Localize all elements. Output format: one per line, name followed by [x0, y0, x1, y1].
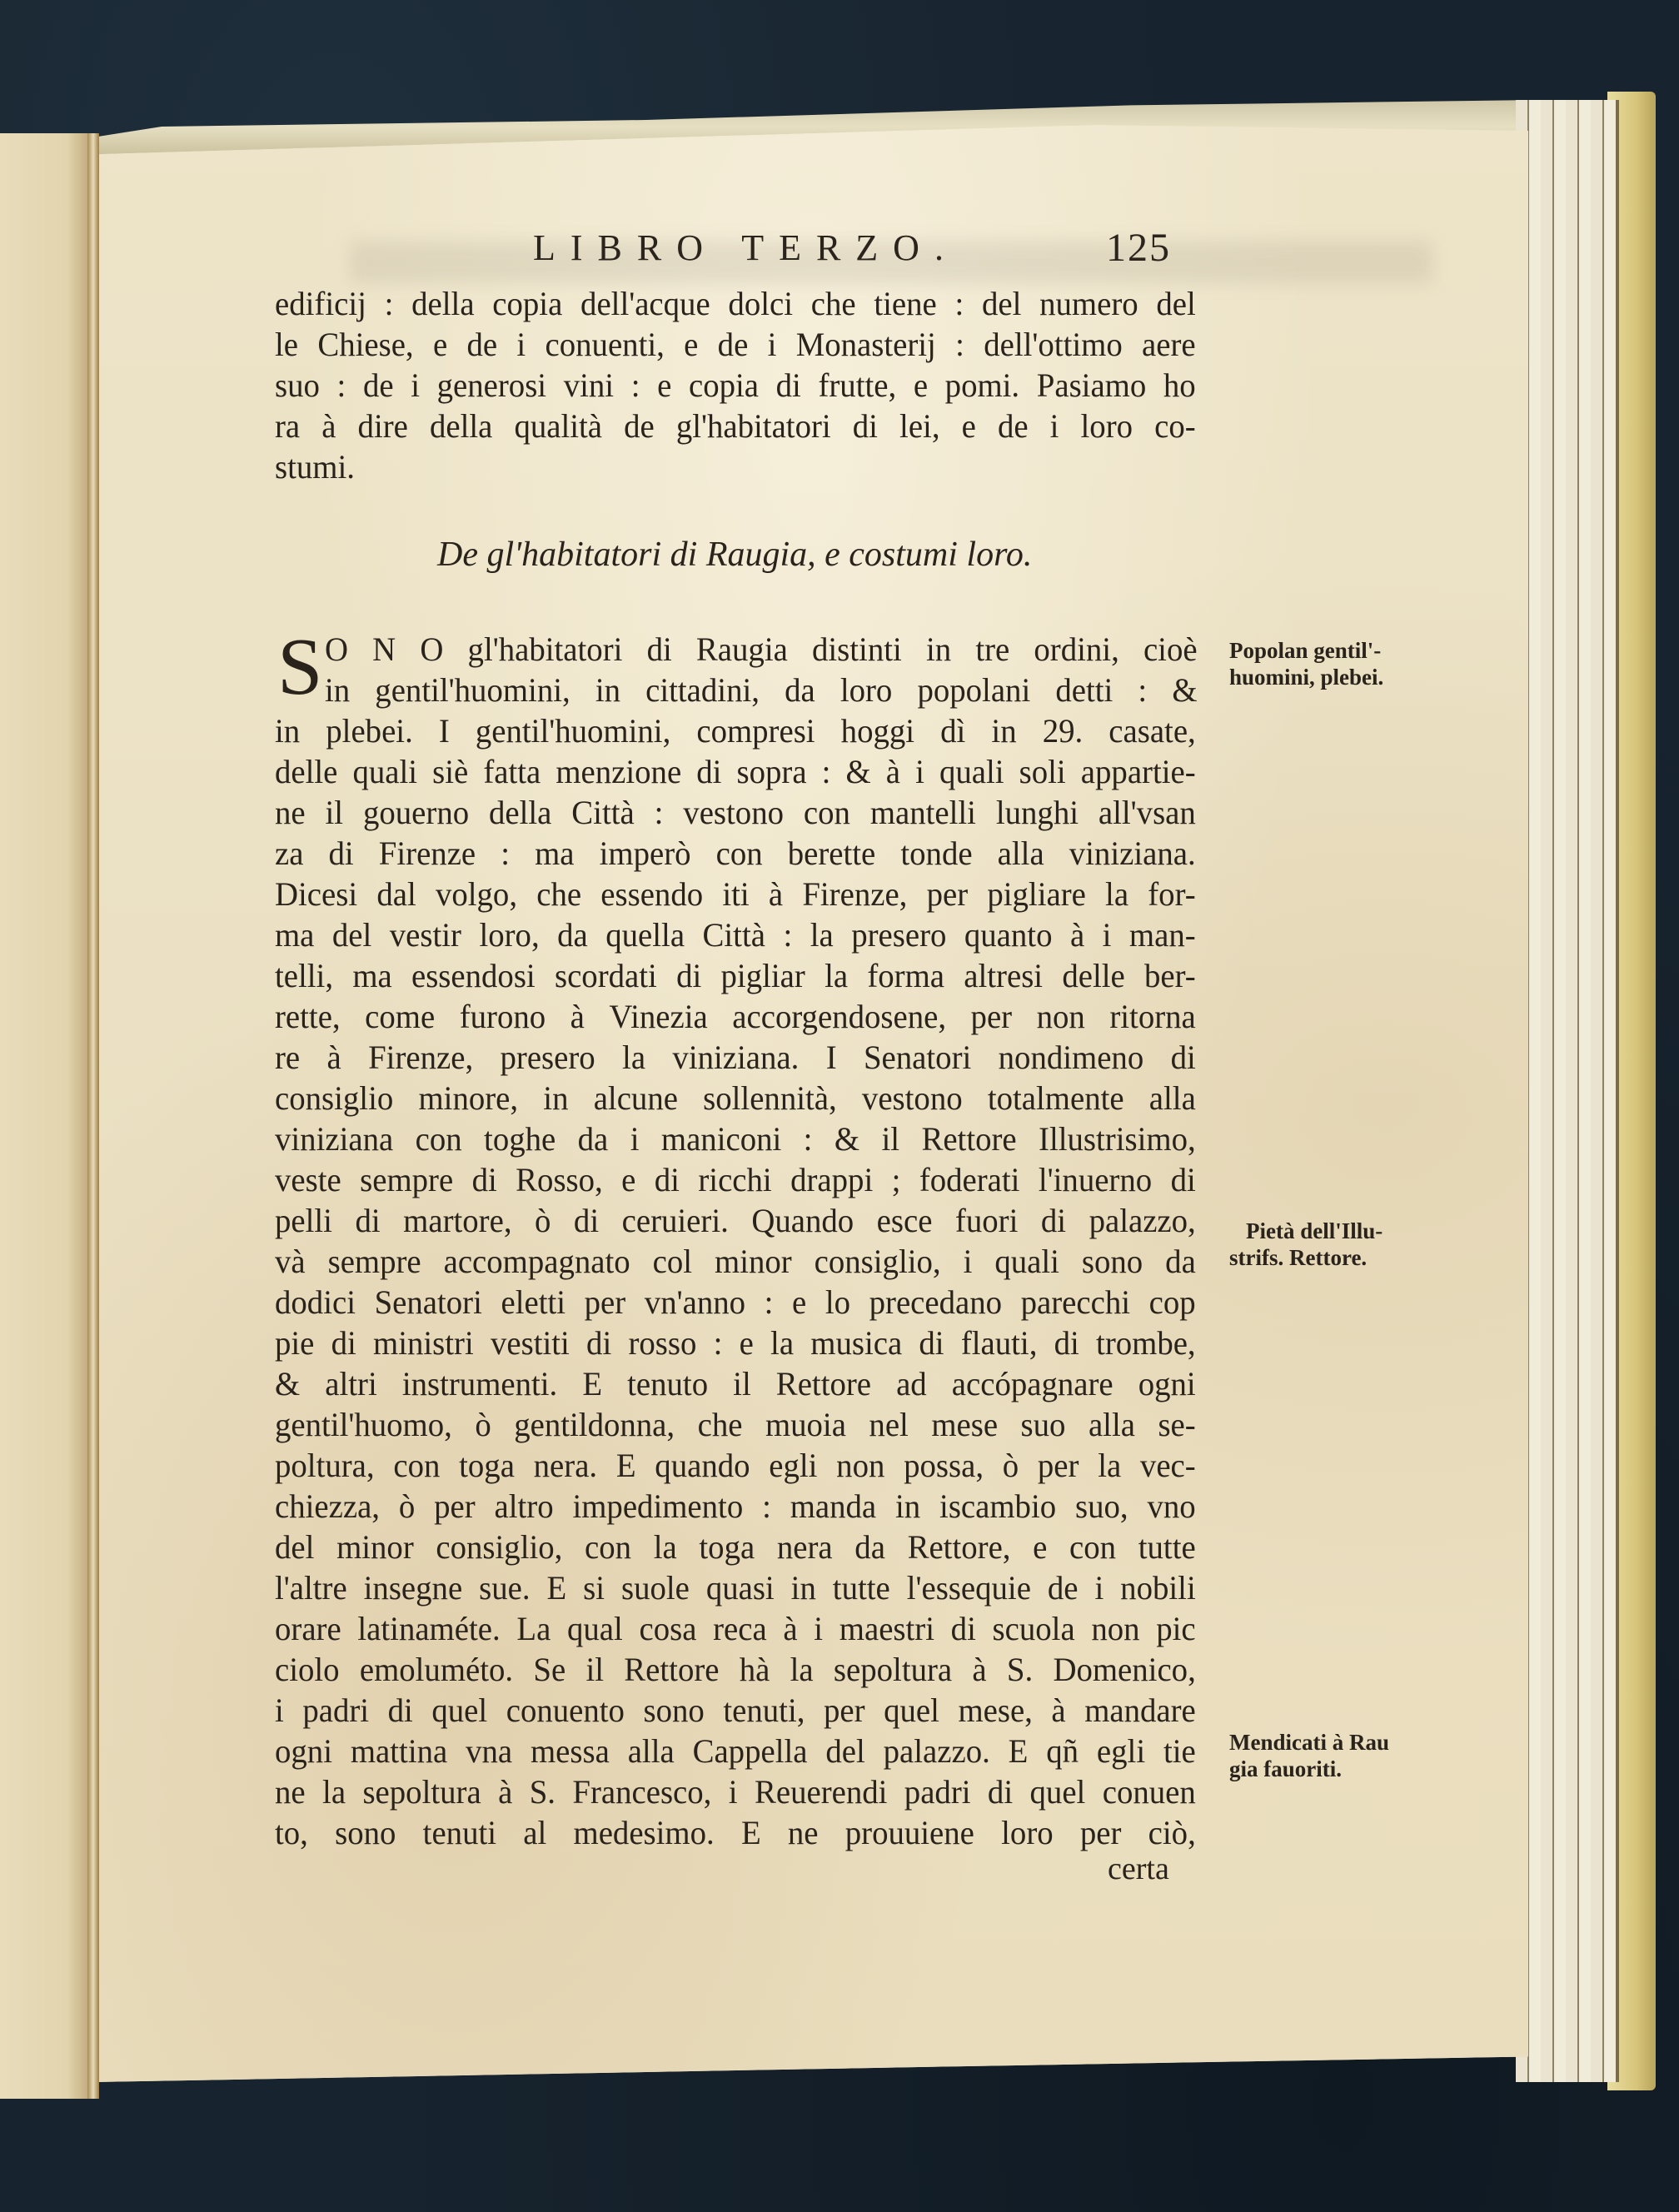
- word: del: [982, 283, 1021, 324]
- word: con: [804, 792, 850, 833]
- word: delle: [1062, 955, 1124, 996]
- word: à: [321, 406, 336, 446]
- word: e: [433, 324, 447, 365]
- word: generosi: [437, 365, 546, 406]
- word: Monasterij: [796, 324, 936, 365]
- word: con: [585, 1527, 631, 1567]
- word: for-: [1148, 874, 1195, 914]
- word: popolani: [917, 670, 1030, 710]
- word: fuori: [955, 1200, 1018, 1241]
- word: N: [372, 629, 396, 670]
- word: conuento: [506, 1690, 625, 1731]
- word: scuola: [993, 1608, 1075, 1649]
- word: de: [466, 324, 497, 365]
- word: ma: [275, 914, 314, 955]
- word: ma: [352, 955, 391, 996]
- word: loro: [1081, 406, 1133, 446]
- word: i: [516, 324, 526, 365]
- word: sempre: [360, 1159, 453, 1200]
- word: i: [915, 751, 924, 792]
- word: totalmente: [988, 1078, 1124, 1118]
- word: quanto: [964, 914, 1053, 955]
- word: rette,: [275, 996, 341, 1037]
- margin-note-mendicants: Mendicati à Rau gia fauoriti.: [1229, 1729, 1389, 1782]
- word: I: [439, 710, 450, 751]
- word: copia: [689, 365, 759, 406]
- gutter-fold: [87, 133, 99, 2099]
- margin-note-social-orders: Popolan gentil'- huomini, plebei.: [1229, 637, 1383, 690]
- word: i: [729, 1771, 738, 1812]
- word: i: [411, 365, 420, 406]
- word: del: [332, 914, 371, 955]
- word: per: [927, 874, 969, 914]
- word: gentil'huomo,: [275, 1404, 452, 1445]
- word: frutte,: [818, 365, 896, 406]
- word: edificij: [275, 283, 366, 324]
- word: di: [329, 833, 354, 874]
- word: gouerno: [363, 792, 469, 833]
- running-head: LIBRO TERZO.: [533, 227, 1166, 276]
- word: la: [322, 1771, 346, 1812]
- word: da: [854, 1527, 885, 1567]
- word: foderati: [919, 1159, 1020, 1200]
- text-line: vinizianacontoghedaimaniconi:&ilRettoreI…: [275, 1118, 1196, 1159]
- word: de: [1048, 1567, 1079, 1608]
- word: i: [1103, 914, 1112, 955]
- text-line: Dicesidalvolgo,cheessendoitiàFirenze,per…: [275, 874, 1196, 914]
- word: O: [325, 629, 348, 670]
- word: sepoltura: [362, 1771, 481, 1812]
- word: qualità: [514, 406, 602, 446]
- word: altresi: [964, 955, 1043, 996]
- word: muoia: [765, 1404, 846, 1445]
- word: siè: [432, 751, 468, 792]
- word: &: [275, 1363, 300, 1404]
- word: :: [337, 365, 346, 406]
- margin-note-rector-piety: Pietà dell'Illu- strifs. Rettore.: [1229, 1218, 1383, 1271]
- word: suo: [1021, 1404, 1066, 1445]
- word: la: [1105, 874, 1128, 914]
- word: sempre: [328, 1241, 421, 1282]
- word: rosso: [628, 1323, 696, 1363]
- word: vna: [466, 1731, 512, 1771]
- word: qñ: [1046, 1731, 1079, 1771]
- word: fatta: [483, 751, 541, 792]
- word: Rosso,: [516, 1159, 603, 1200]
- word: ne: [275, 792, 306, 833]
- word: consiglio,: [436, 1527, 562, 1567]
- word: ò: [475, 1404, 491, 1445]
- word: i: [1050, 406, 1059, 446]
- word: E: [546, 1567, 566, 1608]
- word: e: [1033, 1527, 1047, 1567]
- word: re: [275, 1037, 300, 1078]
- word: Senatori: [375, 1282, 482, 1323]
- word: non: [1091, 1608, 1139, 1649]
- word: cop: [1149, 1282, 1196, 1323]
- word: vini: [564, 365, 614, 406]
- word: il: [585, 1649, 604, 1690]
- word: emoluméto.: [360, 1649, 513, 1690]
- word: volgo,: [436, 874, 517, 914]
- word: Pasiamo: [1037, 365, 1146, 406]
- word: man-: [1129, 914, 1196, 955]
- word: dì: [940, 710, 965, 751]
- margin-note-line: strifs. Rettore.: [1229, 1244, 1383, 1271]
- word: ò: [535, 1200, 551, 1241]
- word: di: [586, 1323, 611, 1363]
- word: Rettore: [776, 1363, 871, 1404]
- word: che: [536, 874, 581, 914]
- word: quel: [431, 1690, 487, 1731]
- text-line: consigliominore,inalcunesollennità,vesto…: [275, 1078, 1196, 1118]
- word: :: [655, 792, 664, 833]
- word: con: [416, 1118, 462, 1159]
- word: suo: [275, 365, 320, 406]
- text-line: nelasepolturaàS.Francesco,iReuerendipadr…: [275, 1771, 1196, 1812]
- word: Rettore,: [908, 1527, 1011, 1567]
- word: egli: [1097, 1731, 1145, 1771]
- word: ricchi: [698, 1159, 771, 1200]
- word: :: [954, 283, 964, 324]
- word: impedimento: [572, 1486, 743, 1527]
- section-heading: De gl'habitatori di Raugia, e costumi lo…: [437, 535, 1032, 575]
- text-line: zadiFirenze:maimperòconberettetondeallav…: [275, 833, 1196, 874]
- word: lei,: [899, 406, 939, 446]
- word: à: [498, 1771, 512, 1812]
- text-line: to,sonotenutialmedesimo.Eneprouuieneloro…: [275, 1812, 1196, 1853]
- word: di: [1054, 1323, 1079, 1363]
- word: và: [275, 1241, 306, 1282]
- word: i: [964, 1241, 973, 1282]
- word: I: [826, 1037, 837, 1078]
- word: altro: [495, 1486, 554, 1527]
- word: essendosi: [411, 955, 536, 996]
- word: e: [914, 365, 928, 406]
- word: possa,: [904, 1445, 984, 1486]
- word: la: [622, 1037, 645, 1078]
- word: di: [388, 1690, 413, 1731]
- word: tutte: [833, 1567, 890, 1608]
- word: ordini,: [1034, 629, 1119, 670]
- text-line: &altriinstrumenti.EtenutoilRettoreadaccó…: [275, 1363, 1196, 1404]
- word: da: [785, 670, 815, 710]
- word: i: [275, 1690, 284, 1731]
- word: quali: [939, 751, 1004, 792]
- word: scordati: [555, 955, 657, 996]
- word: Firenze,: [368, 1037, 473, 1078]
- word: quel: [1030, 1771, 1086, 1812]
- word: mese: [931, 1404, 998, 1445]
- word: la: [810, 914, 834, 955]
- intro-paragraph: edificij:dellacopiadell'acquedolcichetie…: [275, 283, 1224, 487]
- word: tie: [1163, 1731, 1196, 1771]
- word: e: [684, 324, 698, 365]
- word: Città: [571, 792, 634, 833]
- text-line: reàFirenze,preserolaviniziana.ISenatorin…: [275, 1037, 1196, 1078]
- text-line: piediministrivestitidirosso:elamusicadif…: [275, 1323, 1196, 1363]
- word: tonde: [900, 833, 972, 874]
- word: à: [783, 1608, 797, 1649]
- word: di: [1041, 1200, 1066, 1241]
- word: ogni: [275, 1731, 332, 1771]
- word: Rettore: [624, 1649, 719, 1690]
- word: à: [1070, 914, 1084, 955]
- word: alla: [1089, 1404, 1135, 1445]
- word: à: [972, 1649, 986, 1690]
- word: suo,: [1075, 1486, 1128, 1527]
- word: martore,: [403, 1200, 511, 1241]
- word: quali: [994, 1241, 1059, 1282]
- word: ne: [788, 1812, 819, 1853]
- text-line: orarelatinaméte.Laqualcosarecaàimaestrid…: [275, 1608, 1196, 1649]
- word: le: [275, 324, 298, 365]
- word: S.: [530, 1771, 556, 1812]
- word: conuen: [1103, 1771, 1196, 1812]
- word: gentil'huomini,: [476, 710, 670, 751]
- word: maniconi: [661, 1118, 781, 1159]
- word: alla: [1149, 1078, 1196, 1118]
- margin-note-line: Popolan gentil'-: [1229, 637, 1383, 664]
- word: di: [951, 1608, 976, 1649]
- word: ò: [399, 1486, 415, 1527]
- text-line: rette,comefuronoàVineziaaccorgendosene,p…: [275, 996, 1196, 1037]
- word: ra: [275, 406, 300, 446]
- word: vno: [1147, 1486, 1195, 1527]
- text-line: vàsempreaccompagnatocolminorconsiglio,iq…: [275, 1241, 1196, 1282]
- word: all'vsan: [1099, 792, 1196, 833]
- word: di: [472, 1159, 497, 1200]
- word: alla: [628, 1731, 675, 1771]
- word: gentil'huomini,: [375, 670, 570, 710]
- word: presero: [851, 914, 946, 955]
- text-line: ognimattinavnamessaallaCappelladelpalazz…: [275, 1731, 1196, 1771]
- word: de: [718, 324, 749, 365]
- margin-note-line: Pietà dell'Illu-: [1246, 1218, 1383, 1244]
- word: della: [489, 792, 551, 833]
- word: gl'habitatori: [468, 629, 623, 670]
- word: l'essequie: [907, 1567, 1031, 1608]
- word: Rettore: [921, 1118, 1016, 1159]
- word: ne: [275, 1771, 306, 1812]
- word: accorgendosene,: [732, 996, 946, 1037]
- word: telli,: [275, 955, 333, 996]
- word: sono: [335, 1812, 396, 1853]
- word: :: [1138, 670, 1147, 710]
- word: dell'acque: [580, 283, 710, 324]
- word: Firenze: [379, 833, 476, 874]
- word: i: [1094, 1567, 1104, 1608]
- word: precedano: [869, 1282, 1002, 1323]
- word: appartie-: [1081, 751, 1196, 792]
- page-number: 125: [1106, 225, 1171, 271]
- word: hà: [740, 1649, 770, 1690]
- word: toga: [699, 1527, 755, 1567]
- word: ministri: [373, 1323, 474, 1363]
- word: in: [543, 1078, 568, 1118]
- word: :: [822, 751, 831, 792]
- word: medesimo.: [574, 1812, 715, 1853]
- word: E: [1009, 1731, 1029, 1771]
- word: ho: [1163, 365, 1196, 406]
- word: nera.: [534, 1445, 597, 1486]
- word: à: [570, 996, 585, 1037]
- word: musica: [810, 1323, 902, 1363]
- word: casate,: [1109, 710, 1195, 751]
- text-line: edificij:dellacopiadell'acquedolcichetie…: [275, 283, 1196, 324]
- word: in: [991, 710, 1016, 751]
- word: maestri: [839, 1608, 934, 1649]
- word: Chiese,: [317, 324, 413, 365]
- word: per: [1080, 1812, 1122, 1853]
- word: latinaméte.: [357, 1608, 500, 1649]
- word: di: [355, 1200, 380, 1241]
- word: da: [1165, 1241, 1196, 1282]
- word: viniziana.: [1069, 833, 1196, 874]
- word: berette: [788, 833, 876, 874]
- word: consiglio,: [815, 1241, 941, 1282]
- word: Città: [703, 914, 765, 955]
- word: presero: [501, 1037, 595, 1078]
- word: dell'ottimo: [984, 324, 1122, 365]
- text-line: stumi.: [275, 446, 1196, 487]
- word: per: [971, 996, 1013, 1037]
- word: poltura,: [275, 1445, 375, 1486]
- word: flauti,: [961, 1323, 1038, 1363]
- word: ber-: [1144, 955, 1196, 996]
- word: dodici: [275, 1282, 356, 1323]
- word: sopra: [737, 751, 807, 792]
- word: sono: [644, 1690, 705, 1731]
- word: della: [411, 283, 474, 324]
- word: di: [919, 1323, 944, 1363]
- word: di: [696, 751, 721, 792]
- facing-page-edge: [0, 133, 96, 2099]
- word: che: [698, 1404, 743, 1445]
- word: per: [824, 1690, 865, 1731]
- word: :: [783, 914, 792, 955]
- word: cioè: [1143, 629, 1198, 670]
- word: cosa: [639, 1608, 696, 1649]
- text-line: madelvestirloro,daquellaCittà:lapreseroq…: [275, 914, 1196, 955]
- word: iti: [722, 874, 749, 914]
- text-line: vestesemprediRosso,ediricchidrappi;foder…: [275, 1159, 1196, 1200]
- word: orare: [275, 1608, 341, 1649]
- word: tiene: [874, 283, 936, 324]
- word: sue.: [479, 1567, 530, 1608]
- word: :: [804, 1118, 813, 1159]
- margin-note-line: huomini, plebei.: [1229, 664, 1383, 690]
- word: la: [1098, 1445, 1121, 1486]
- word: pigliare: [987, 874, 1086, 914]
- word: sollennità,: [703, 1078, 837, 1118]
- word: mantelli: [870, 792, 976, 833]
- word: &: [835, 1118, 859, 1159]
- word: vestiti: [491, 1323, 570, 1363]
- word: viniziana.: [672, 1037, 799, 1078]
- word: forma: [867, 955, 944, 996]
- word: i: [630, 1118, 640, 1159]
- word: di: [1171, 1159, 1196, 1200]
- word: per: [434, 1486, 476, 1527]
- word: altri: [325, 1363, 376, 1404]
- word: suole: [621, 1567, 690, 1608]
- word: accompagnato: [444, 1241, 630, 1282]
- word: in: [926, 629, 951, 670]
- word: della: [430, 406, 492, 446]
- word: copia: [492, 283, 562, 324]
- word: lunghi: [996, 792, 1079, 833]
- text-line: ONOgl'habitatoridiRaugiadistintiintreord…: [325, 629, 1198, 670]
- text-line: pellidimartore,òdiceruieri.Quandoescefuo…: [275, 1200, 1196, 1241]
- word: mese,: [958, 1690, 1032, 1731]
- word: quel: [884, 1690, 939, 1731]
- word: e: [621, 1159, 635, 1200]
- word: pie: [275, 1323, 314, 1363]
- text-line: gentil'huomo,ògentildonna,chemuoianelmes…: [275, 1404, 1196, 1445]
- word: in: [325, 670, 350, 710]
- word: conuenti,: [546, 324, 665, 365]
- word: alla: [998, 833, 1044, 874]
- word: in: [595, 670, 620, 710]
- word: di: [776, 365, 801, 406]
- word: lo: [825, 1282, 850, 1323]
- word: :: [765, 1282, 774, 1323]
- word: se-: [1158, 1404, 1195, 1445]
- word: parecchi: [1021, 1282, 1130, 1323]
- word: co-: [1154, 406, 1196, 446]
- word: non: [836, 1445, 884, 1486]
- word: esce: [877, 1200, 933, 1241]
- word: da: [578, 1118, 609, 1159]
- word: la: [770, 1323, 794, 1363]
- word: del: [275, 1527, 314, 1567]
- word: pic: [1156, 1608, 1195, 1649]
- word: dolci: [728, 283, 793, 324]
- word: cittadini,: [645, 670, 760, 710]
- body-paragraph: ONOgl'habitatoridiRaugiadistintiintreord…: [275, 629, 1224, 1853]
- word: gentildonna,: [514, 1404, 675, 1445]
- text-line: dellequalisièfattamenzionedisopra:&àiqua…: [275, 751, 1196, 792]
- word: de: [363, 365, 394, 406]
- word: quasi: [706, 1567, 775, 1608]
- word: padri: [302, 1690, 369, 1731]
- word: :: [955, 324, 964, 365]
- text-line: delminorconsiglio,conlatoganeradaRettore…: [275, 1527, 1196, 1567]
- word: Dicesi: [275, 874, 357, 914]
- margin-note-line: gia fauoriti.: [1229, 1756, 1389, 1782]
- word: E: [582, 1363, 602, 1404]
- word: vestono: [862, 1078, 963, 1118]
- word: &: [846, 751, 871, 792]
- word: mandare: [1084, 1690, 1196, 1731]
- word: in: [895, 1486, 920, 1527]
- word: con: [393, 1445, 440, 1486]
- word: essendo: [600, 874, 703, 914]
- word: da: [557, 914, 588, 955]
- text-line: ipadridiquelconuentosonotenuti,perquelme…: [275, 1690, 1196, 1731]
- word: prouuiene: [845, 1812, 974, 1853]
- word: di: [647, 629, 672, 670]
- word: imperò: [600, 833, 691, 874]
- text-line: chiezza,òperaltroimpedimento:mandainisca…: [275, 1486, 1196, 1527]
- word: insegne: [364, 1567, 463, 1608]
- word: Senatori: [864, 1037, 971, 1078]
- word: vn'anno: [645, 1282, 745, 1323]
- word: delle: [275, 751, 337, 792]
- word: ceruieri.: [622, 1200, 729, 1241]
- word: in: [275, 710, 300, 751]
